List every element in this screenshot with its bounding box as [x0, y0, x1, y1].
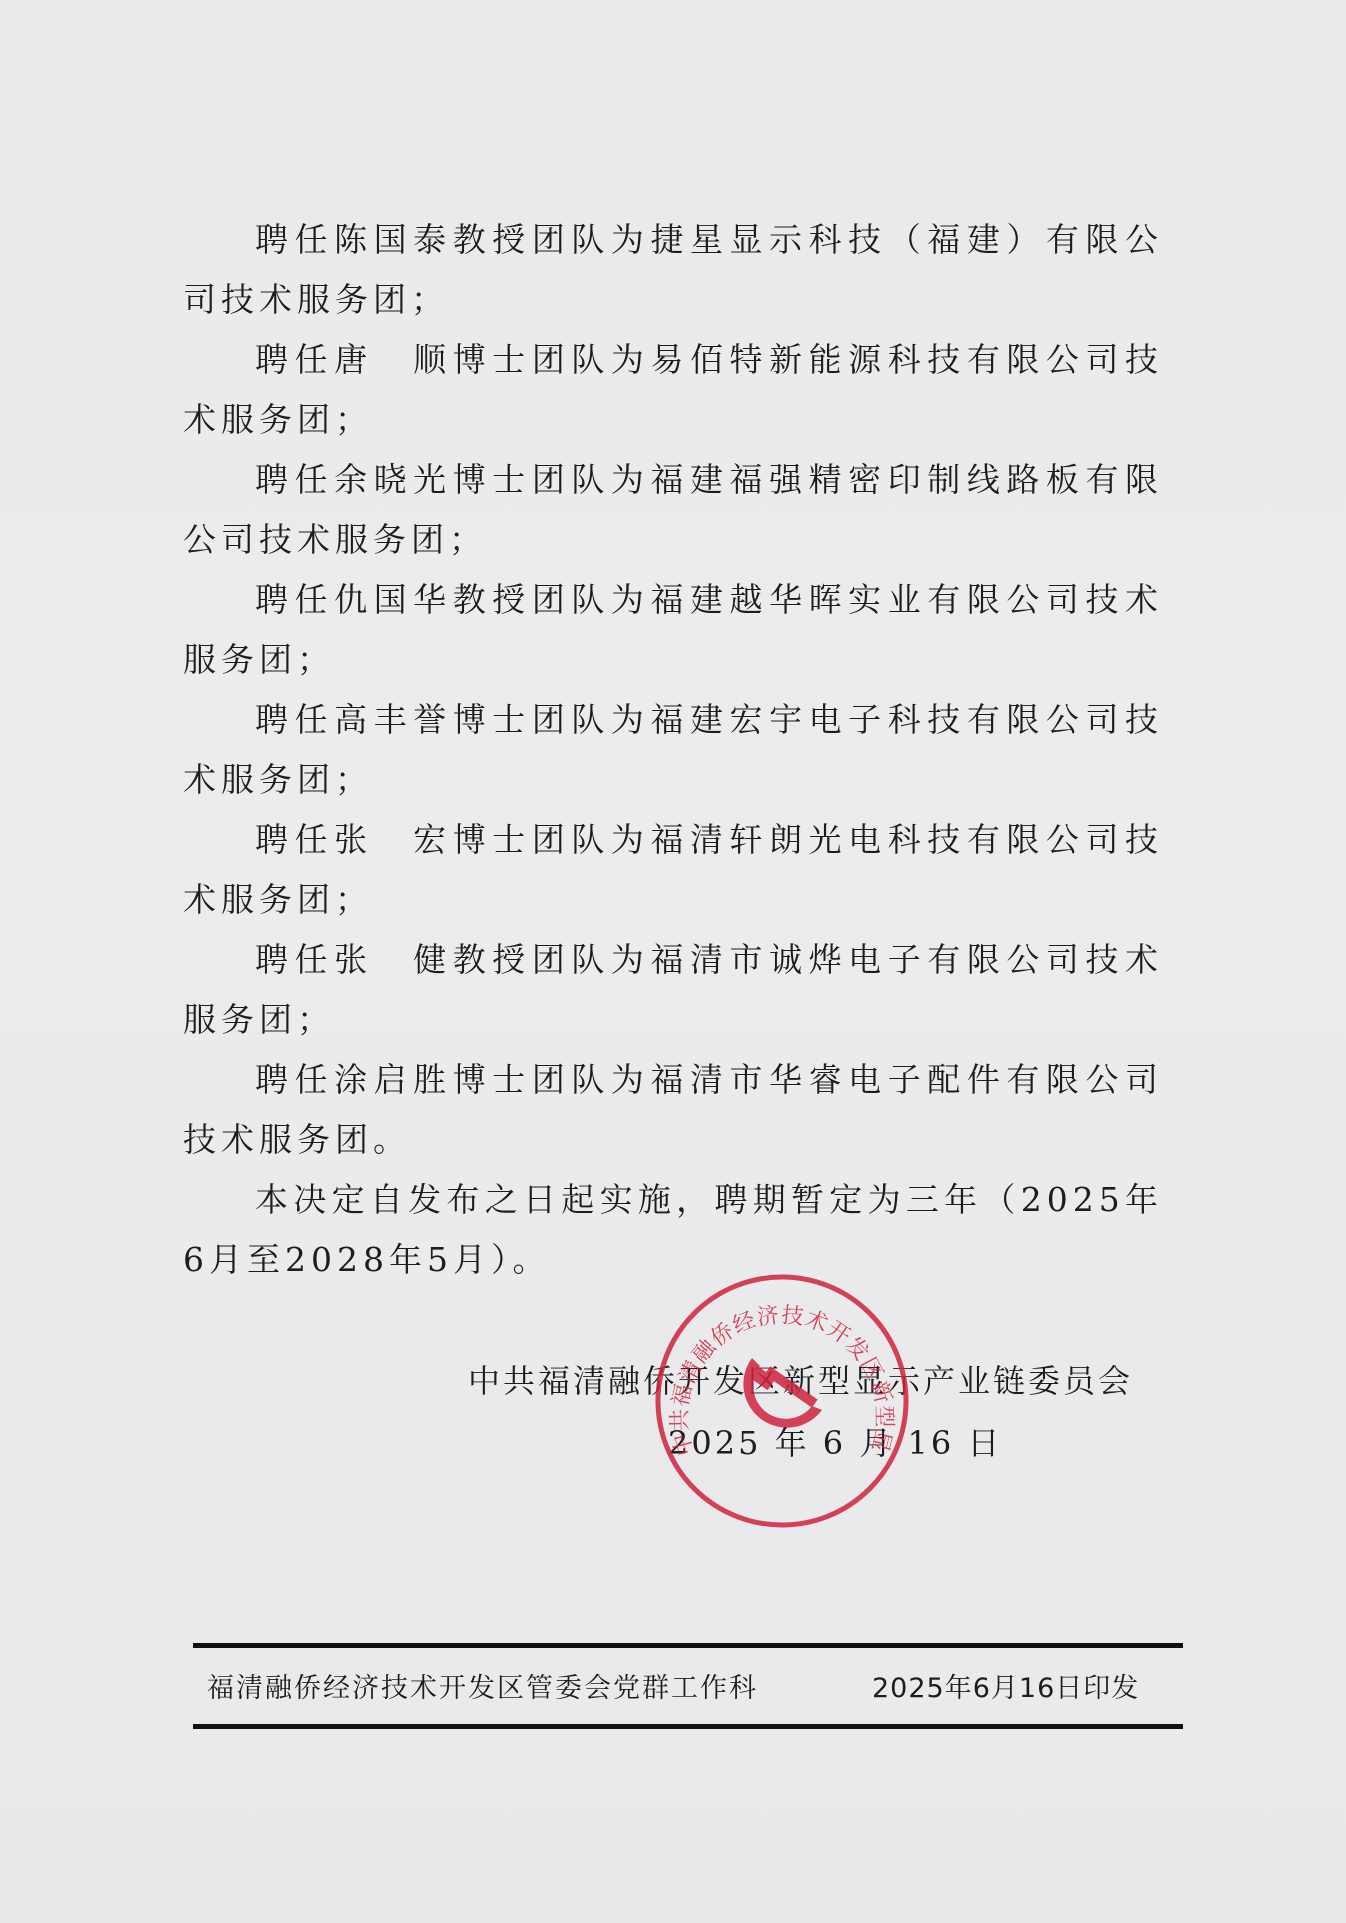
- paragraph-appointment-4: 聘任仇国华教授团队为福建越华晖实业有限公司技术服务团；: [183, 570, 1163, 690]
- official-seal: 中共福清融侨经济技术开发区新型显示产业链委员会: [652, 1270, 912, 1532]
- document-body: 聘任陈国泰教授团队为捷星显示科技（福建）有限公司技术服务团； 聘任唐 顺博士团队…: [183, 210, 1163, 1290]
- footer-issue-date: 2025年6月16日印发: [872, 1666, 1139, 1705]
- paragraph-appointment-8: 聘任涂启胜博士团队为福清市华睿电子配件有限公司技术服务团。: [183, 1050, 1163, 1170]
- paragraph-appointment-5: 聘任高丰誉博士团队为福建宏宇电子科技有限公司技术服务团；: [183, 690, 1163, 810]
- paragraph-appointment-3: 聘任余晓光博士团队为福建福强精密印制线路板有限公司技术服务团；: [183, 450, 1163, 570]
- paragraph-appointment-7: 聘任张 健教授团队为福清市诚烨电子有限公司技术服务团；: [183, 930, 1163, 1050]
- paragraph-appointment-2: 聘任唐 顺博士团队为易佰特新能源科技有限公司技术服务团；: [183, 330, 1163, 450]
- hammer-sickle-icon: [743, 1358, 822, 1428]
- paragraph-appointment-6: 聘任张 宏博士团队为福清轩朗光电科技有限公司技术服务团；: [183, 810, 1163, 930]
- paragraph-appointment-1: 聘任陈国泰教授团队为捷星显示科技（福建）有限公司技术服务团；: [183, 210, 1163, 330]
- footer-issuer: 福清融侨经济技术开发区管委会党群工作科: [207, 1666, 758, 1705]
- footer-rule-top: [193, 1643, 1183, 1648]
- footer-rule-bottom: [193, 1724, 1183, 1729]
- seal-text: 中共福清融侨经济技术开发区新型显示产业链委员会: [652, 1270, 896, 1458]
- document-page: 聘任陈国泰教授团队为捷星显示科技（福建）有限公司技术服务团； 聘任唐 顺博士团队…: [0, 0, 1346, 1923]
- seal-graphic: 中共福清融侨经济技术开发区新型显示产业链委员会: [652, 1270, 912, 1532]
